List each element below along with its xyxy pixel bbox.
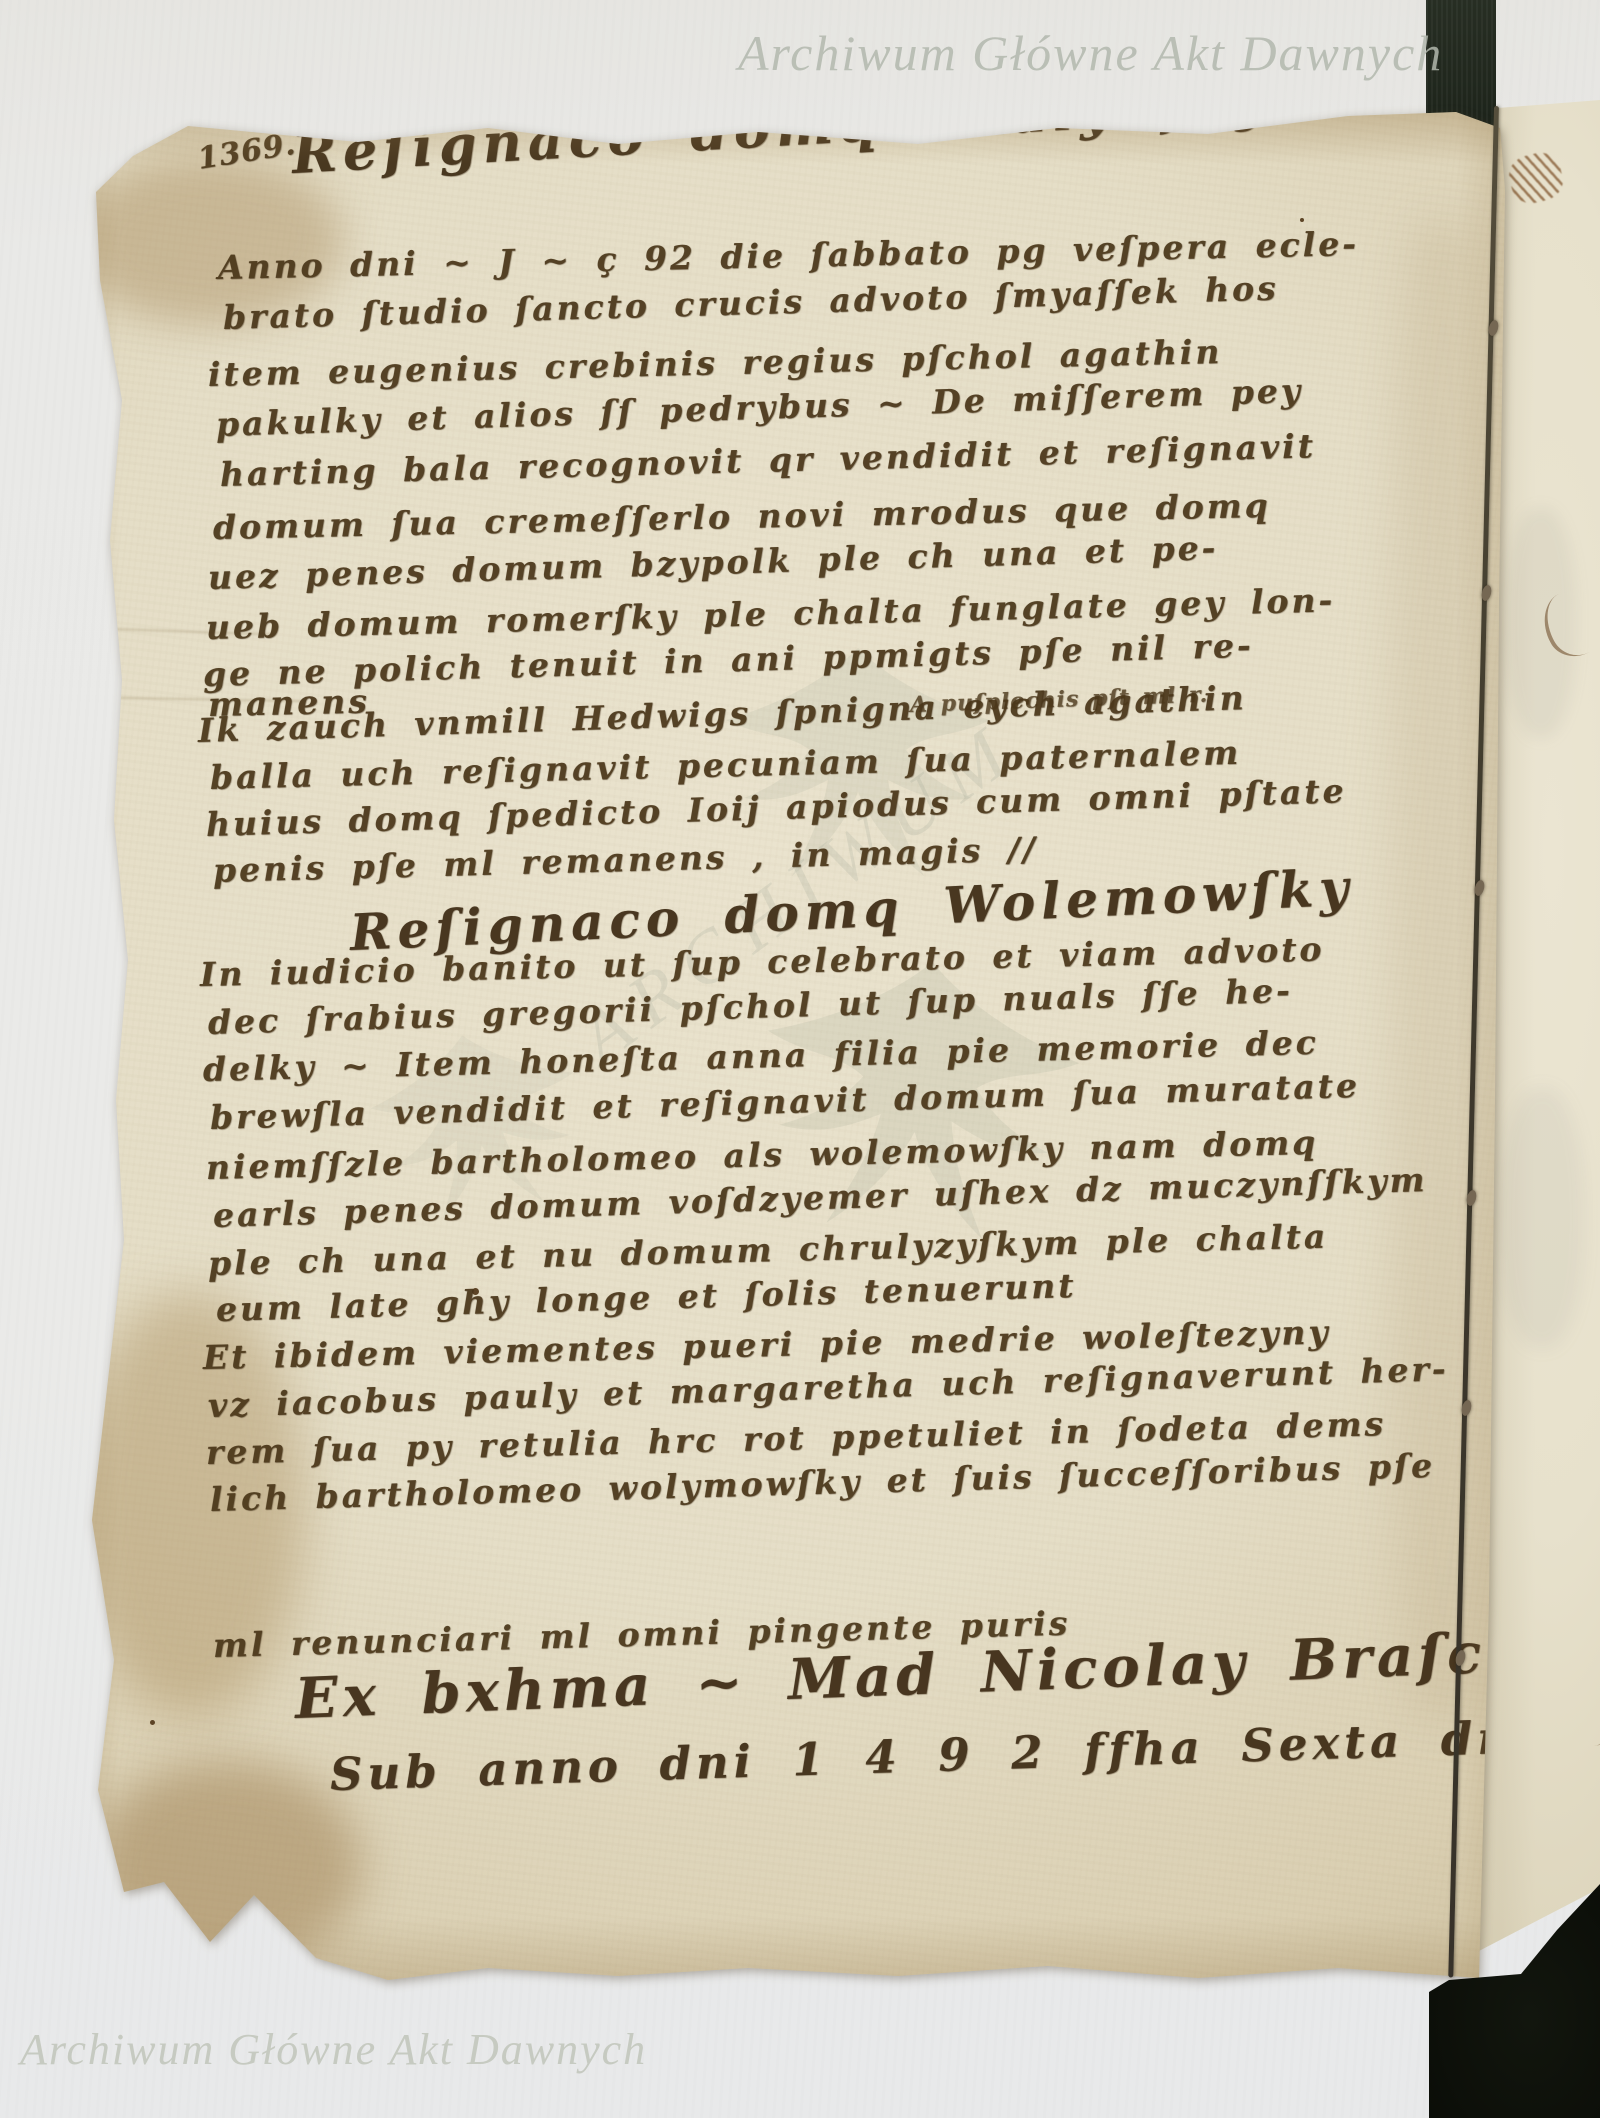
watermark-text-top: Archiwum Główne Akt Dawnych [738, 24, 1443, 82]
manuscript-paper: ARCHIWUM 1369.Reſignaco domq SkalynſkyAn… [58, 100, 1508, 1995]
handwriting-layer: 1369.Reſignaco domq SkalynſkyAnno dni ~ … [58, 100, 1508, 1995]
archive-scan: ARCHIWUM 1369.Reſignaco domq SkalynſkyAn… [0, 0, 1600, 2118]
manuscript-line: Reſignaco domq Skalynſky [290, 67, 1273, 186]
ink-arc-mark [1578, 1682, 1600, 1748]
ink-scribble-mark [1505, 148, 1567, 207]
manuscript-line: 1369. [195, 127, 298, 177]
ink-bleedthrough [1506, 508, 1576, 738]
watermark-text-bottom: Archiwum Główne Akt Dawnych [20, 2024, 647, 2075]
ink-bleedthrough [1500, 1088, 1584, 1348]
manuscript-page: ARCHIWUM 1369.Reſignaco domq SkalynſkyAn… [58, 100, 1508, 1995]
ink-arc-mark [1532, 580, 1600, 666]
